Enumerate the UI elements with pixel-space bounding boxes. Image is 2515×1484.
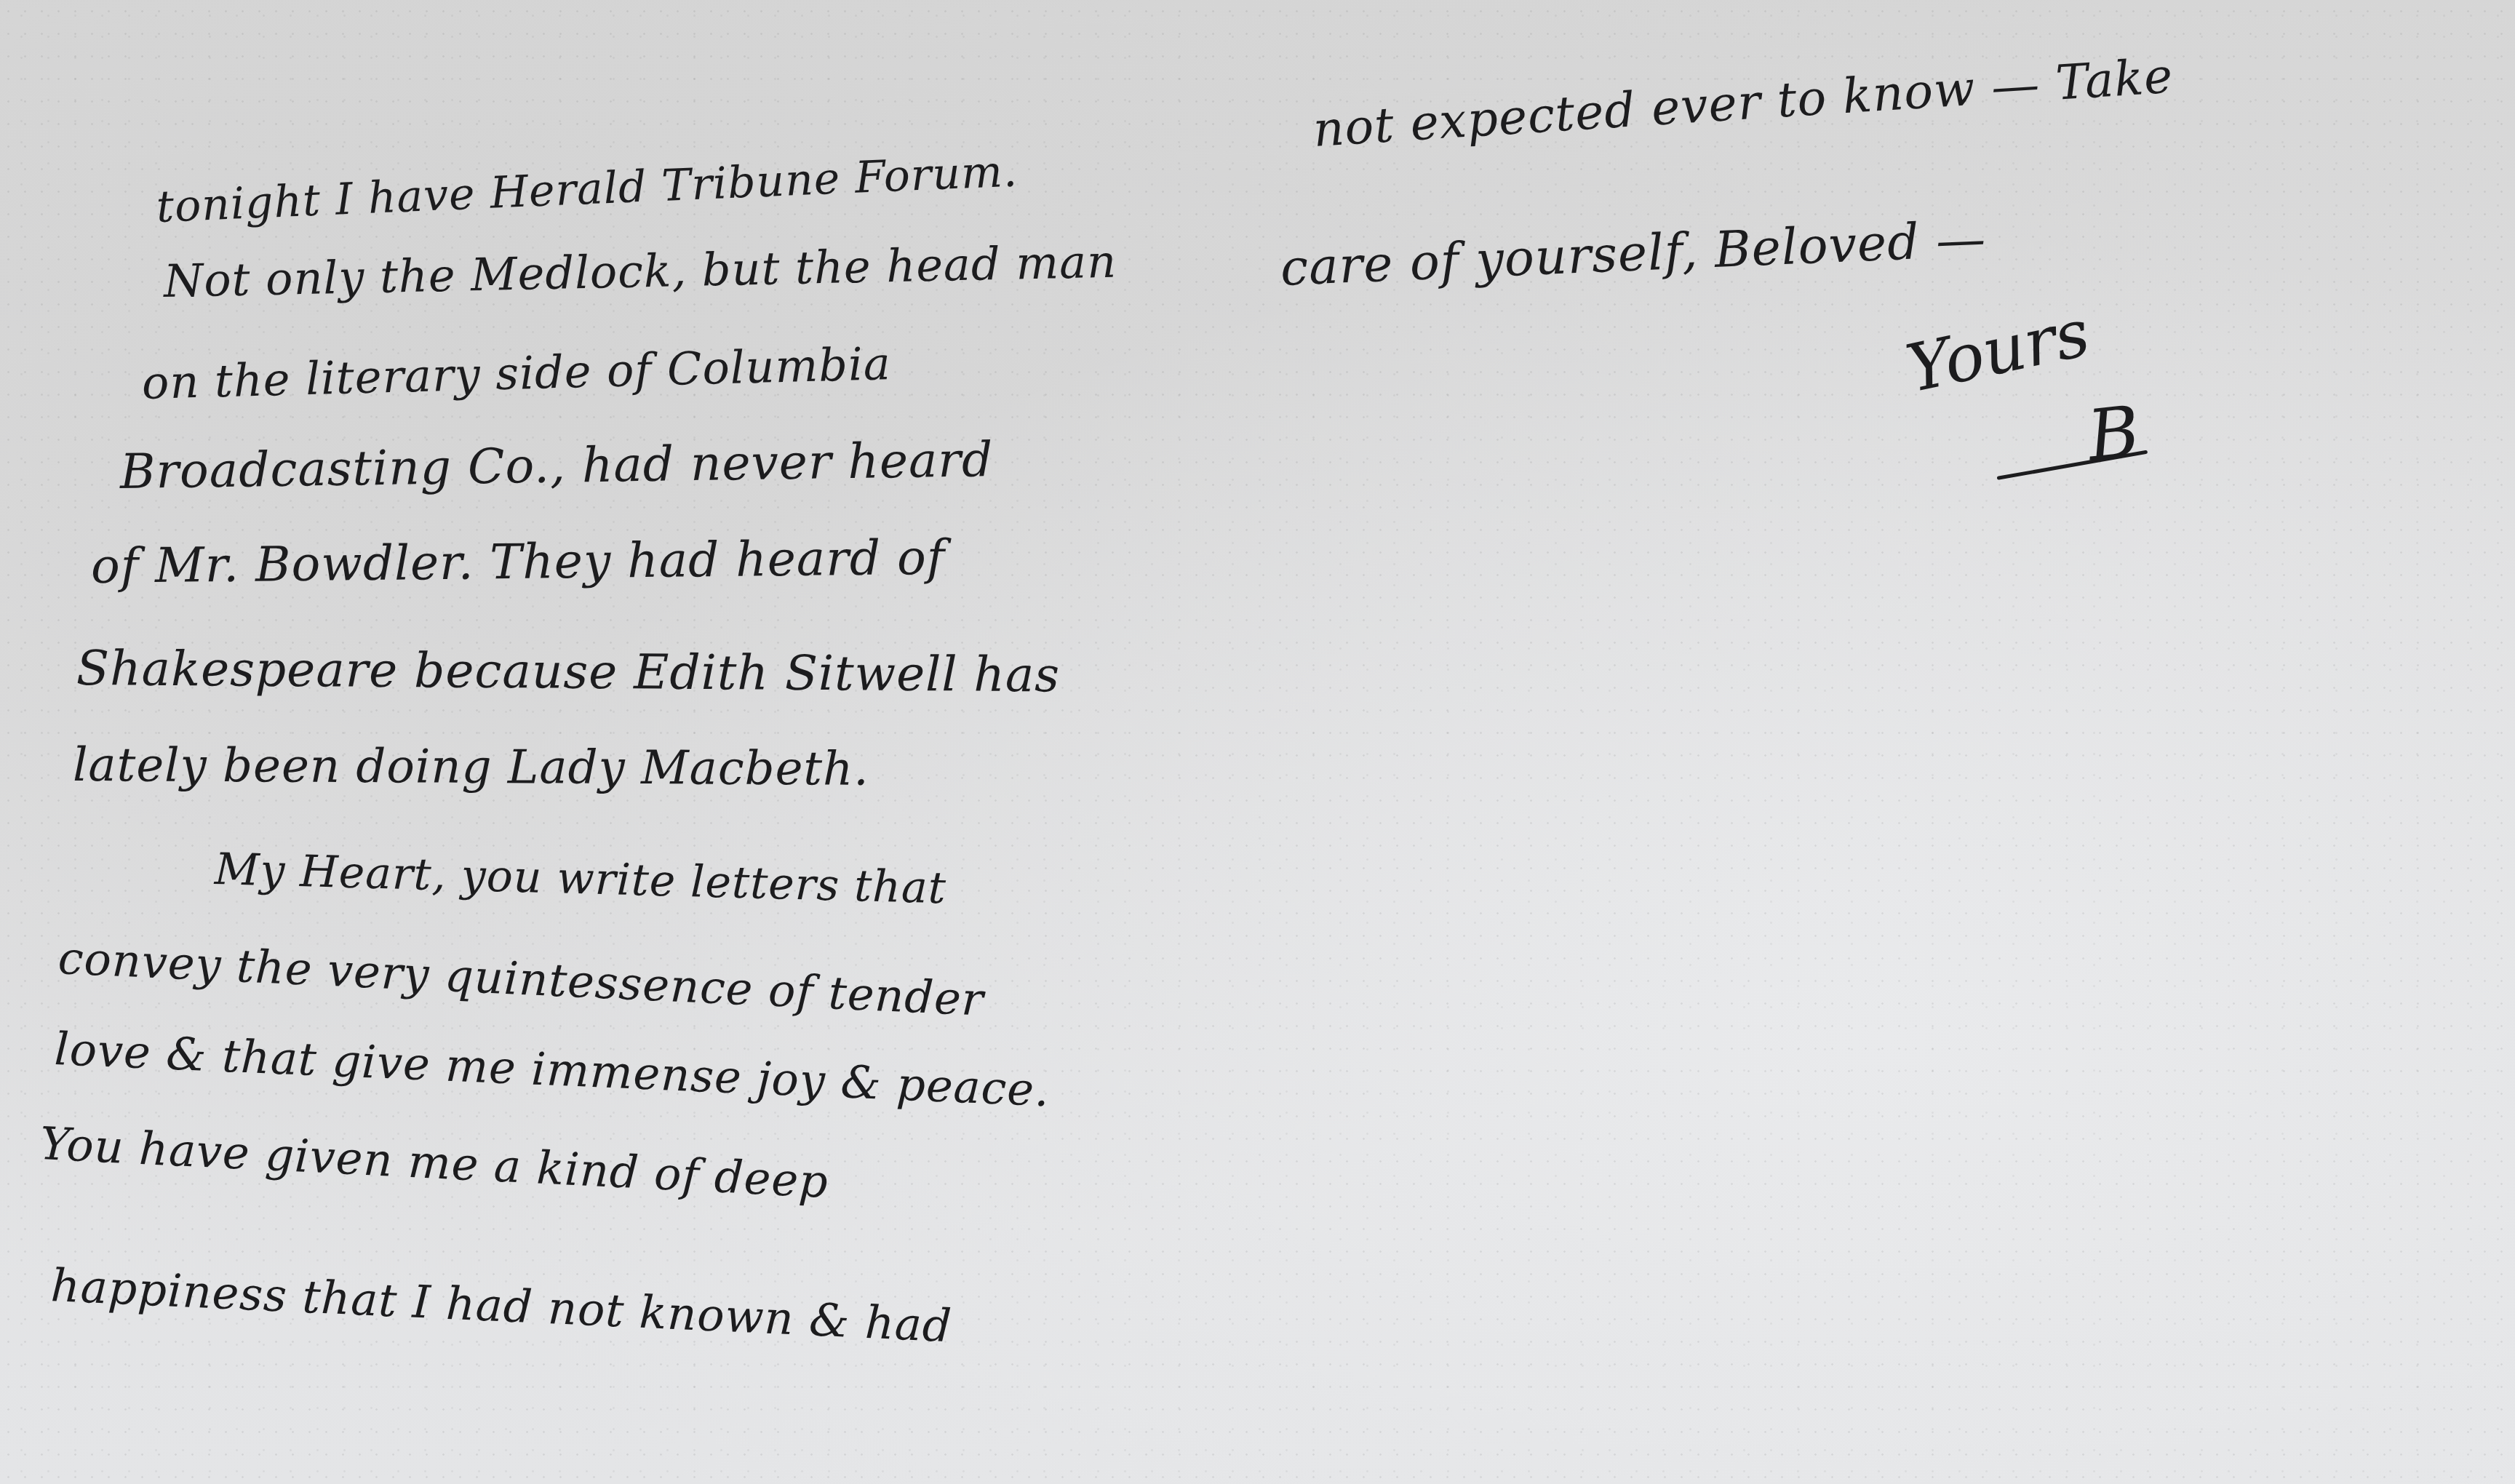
closing-yours: Yours xyxy=(1900,295,2096,407)
letter-line: not expected ever to know — Take xyxy=(1312,48,2175,158)
letter-line: Broadcasting Co., had never heard xyxy=(119,431,993,500)
letter-line: care of yourself, Beloved — xyxy=(1279,210,1987,298)
letter-page: tonight I have Herald Tribune Forum. Not… xyxy=(0,0,2515,1484)
letter-line: tonight I have Herald Tribune Forum. xyxy=(156,145,1019,233)
letter-line: of Mr. Bowdler. They had heard of xyxy=(91,530,946,594)
letter-line: lately been doing Lady Macbeth. xyxy=(73,738,869,797)
letter-line: love & that give me immense joy & peace. xyxy=(53,1022,1051,1117)
letter-line: Shakespeare because Edith Sitwell has xyxy=(76,640,1061,703)
letter-line: Not only the Medlock, but the head man xyxy=(163,235,1117,308)
signature-initial: B xyxy=(2084,391,2143,477)
letter-line: My Heart, you write letters that xyxy=(214,844,947,914)
letter-line: happiness that I had not known & had xyxy=(49,1258,953,1352)
letter-line: You have given me a kind of deep xyxy=(39,1117,829,1208)
letter-line: on the literary side of Columbia xyxy=(141,337,892,410)
letter-line: convey the very quintessence of tender xyxy=(57,931,985,1026)
